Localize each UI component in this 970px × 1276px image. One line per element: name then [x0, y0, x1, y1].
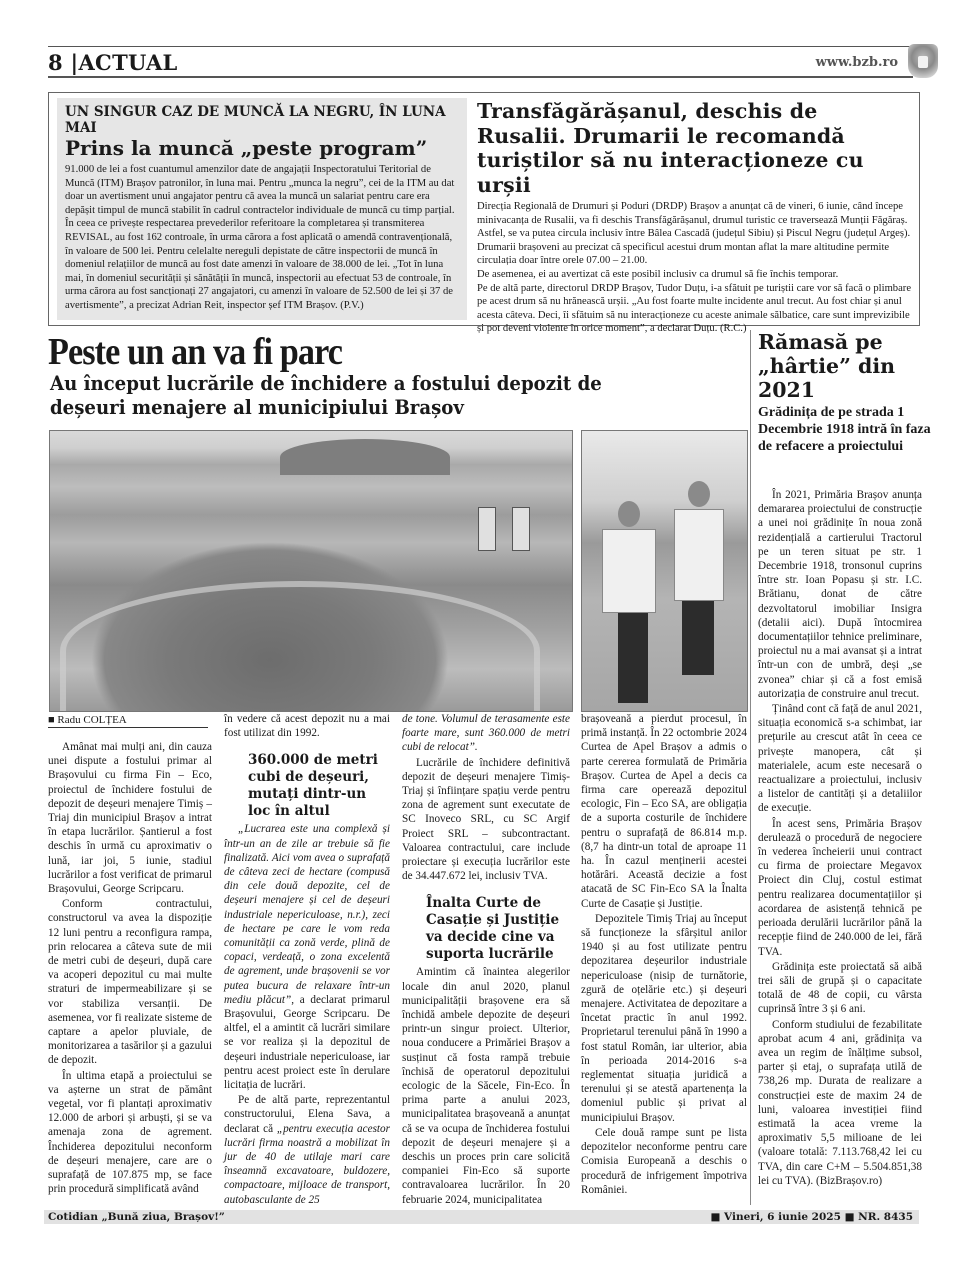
- paragraph: Ținând cont că față de anul 2021, situaț…: [758, 702, 922, 816]
- side-article-body: În 2021, Primăria Brașov anunța demarare…: [758, 488, 922, 1189]
- brief-body: 91.000 de lei a fost cuantumul amenzilor…: [65, 163, 459, 313]
- paragraph: Amânat mai mulți ani, din cauza unei dis…: [48, 740, 212, 896]
- quote-text: „pentru execuția acestor lucrări firma n…: [224, 1123, 390, 1206]
- page-number-section: 8 |ACTUAL: [48, 50, 178, 75]
- side-article-subtitle: Grădinița de pe strada 1 Decembrie 1918 …: [758, 405, 938, 455]
- issue-date-number: ■ Vineri, 6 iunie 2025 ■ NR. 8435: [710, 1210, 913, 1224]
- page-footer: Cotidian „Bună ziua, Brașov!” ■ Vineri, …: [44, 1210, 919, 1224]
- article-column-1: Amânat mai mulți ani, din cauza unei dis…: [48, 740, 212, 1198]
- paragraph: În ultima etapă a proiectului se va aște…: [48, 1069, 212, 1197]
- brief-title: Prins la muncă „peste program”: [65, 136, 459, 160]
- header-top-rule: [48, 46, 913, 47]
- mountain-shape: [280, 439, 450, 475]
- article-column-3: de tone. Volumul de terasamente este foa…: [402, 712, 570, 1208]
- paragraph: Grădinița este proiectată să aibă trei s…: [758, 960, 922, 1017]
- top-briefs-box: UN SINGUR CAZ DE MUNCĂ LA NEGRU, ÎN LUNA…: [48, 92, 920, 326]
- paragraph: de tone. Volumul de terasamente este foa…: [402, 712, 570, 755]
- paragraph: Pe de altă parte, directorul DRDP Brașov…: [477, 282, 913, 336]
- subheading: 360.000 de metri cubi de deșeuri, mutați…: [224, 752, 390, 820]
- website-link[interactable]: www.bzb.ro: [816, 55, 898, 70]
- brief-itm: UN SINGUR CAZ DE MUNCĂ LA NEGRU, ÎN LUNA…: [57, 98, 467, 320]
- main-headline: Peste un an va fi parc: [48, 330, 342, 374]
- text: , a declarat primarul Brașovului, George…: [224, 994, 390, 1091]
- apartment-block-shape: [512, 507, 530, 551]
- paragraph: Cele două rampe sunt pe lista depozitelo…: [581, 1126, 747, 1197]
- aerial-landfill-photo: [49, 430, 573, 712]
- paragraph: Pe de altă parte, reprezentantul constru…: [224, 1093, 390, 1207]
- brief-transfagarasan: Transfăgărășanul, deschis de Rusalii. Dr…: [477, 99, 913, 323]
- side-article-title: Rămasă pe „hârtie” din 2021: [758, 330, 938, 402]
- brief-body: Direcția Regională de Drumuri și Poduri …: [477, 200, 913, 336]
- article-column-2: în vedere că acest depozit nu a mai fost…: [224, 712, 390, 1208]
- brief-kicker: UN SINGUR CAZ DE MUNCĂ LA NEGRU, ÎN LUNA…: [65, 104, 459, 136]
- crest-logo-icon: [908, 44, 938, 78]
- page-header: 8 |ACTUAL www.bzb.ro: [48, 46, 938, 78]
- paragraph: brașoveană a pierdut procesul, în primă …: [581, 712, 747, 911]
- paragraph: Direcția Regională de Drumuri și Poduri …: [477, 200, 913, 268]
- article-column-4: brașoveană a pierdut procesul, în primă …: [581, 712, 747, 1198]
- paragraph: Amintim că înaintea alegerilor locale di…: [402, 965, 570, 1206]
- paragraph: În 2021, Primăria Brașov anunța demarare…: [758, 488, 922, 701]
- paragraph: Depozitele Timiș Triaj au început să fun…: [581, 912, 747, 1125]
- paragraph: În acest sens, Primăria Brașov derulează…: [758, 817, 922, 959]
- apartment-block-shape: [478, 507, 496, 551]
- officials-photo: [581, 430, 748, 712]
- quote-text: „Lucrarea este una complexă și într-un a…: [224, 823, 390, 1005]
- brief-title: Transfăgărășanul, deschis de Rusalii. Dr…: [477, 99, 913, 197]
- paragraph: De asemenea, ei au avertizat că este pos…: [477, 268, 913, 282]
- paragraph: „Lucrarea este una complexă și într-un a…: [224, 822, 390, 1092]
- byline: ■ Radu COLȚEA: [48, 714, 208, 728]
- paragraph: Conform contractului, constructorul va a…: [48, 897, 212, 1067]
- publication-name: Cotidian „Bună ziua, Brașov!”: [48, 1210, 225, 1224]
- paragraph: Conform studiului de fezabilitate aproba…: [758, 1018, 922, 1188]
- paragraph: Lucrările de închidere definitivă depozi…: [402, 756, 570, 884]
- subheading: Înalta Curte de Casație și Justiție va d…: [402, 895, 570, 963]
- column-divider: [750, 330, 751, 1205]
- access-road-shape: [60, 581, 540, 712]
- header-bottom-rule: [48, 76, 913, 78]
- main-subheadline: Au început lucrările de închidere a fost…: [50, 372, 655, 420]
- paragraph: în vedere că acest depozit nu a mai fost…: [224, 712, 390, 740]
